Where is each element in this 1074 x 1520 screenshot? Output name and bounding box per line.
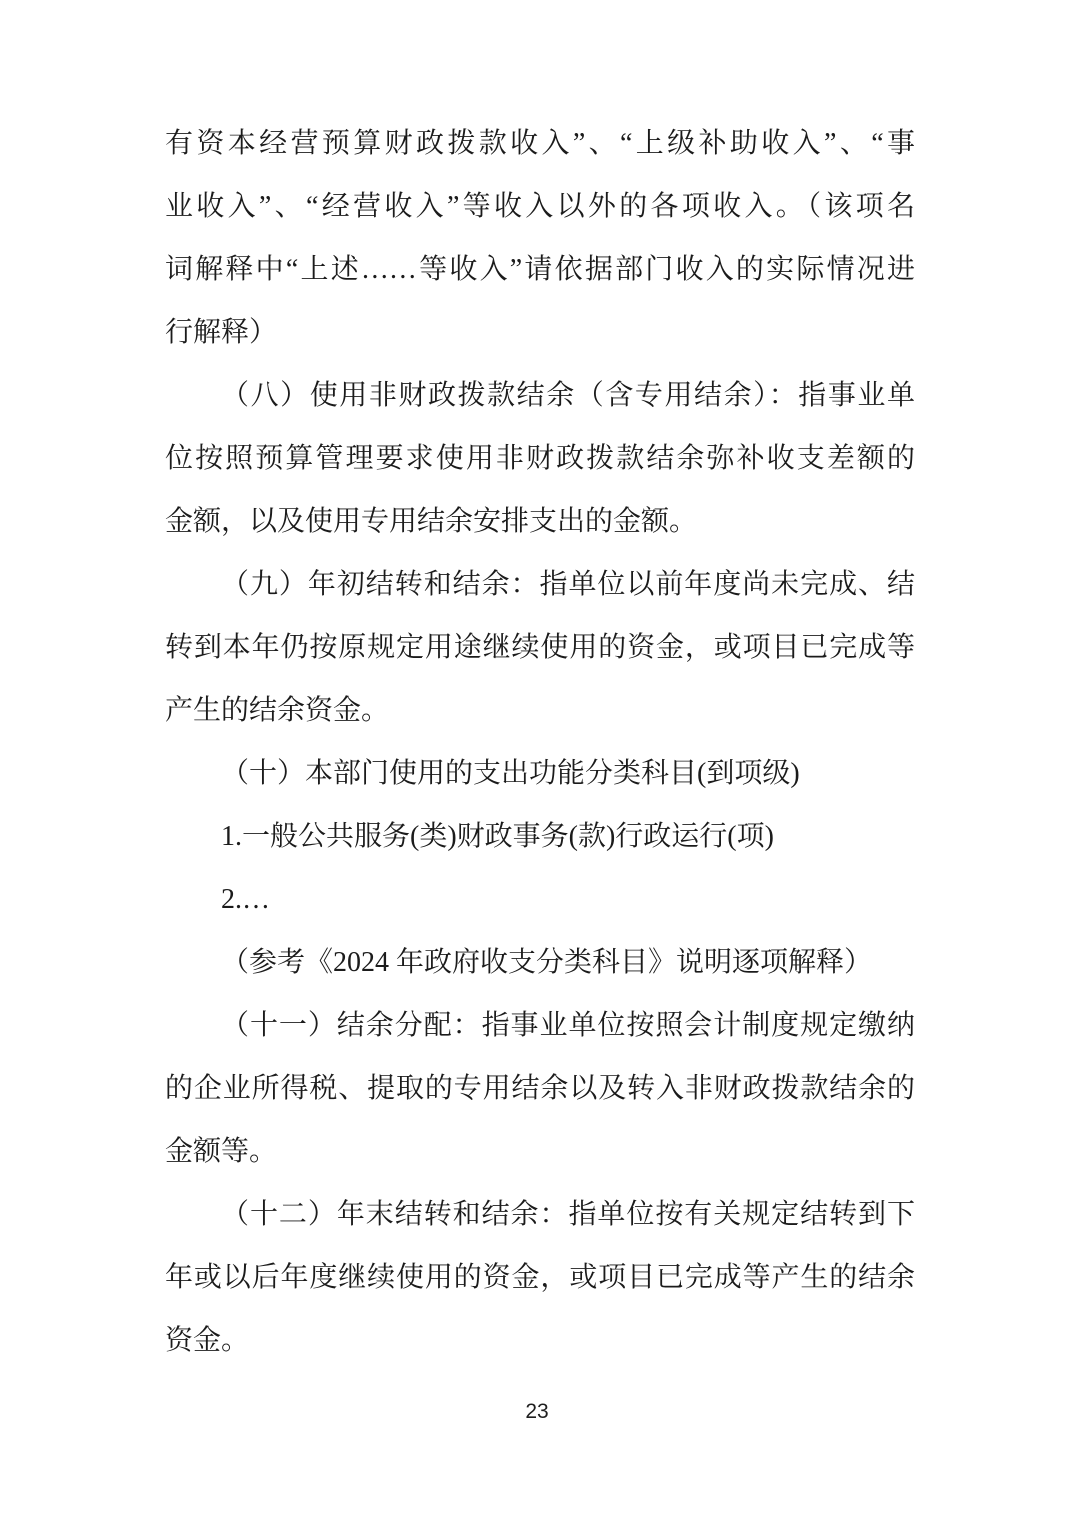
document-page: 有资本经营预算财政拨款收入”、“上级补助收入”、“事业收入”、“经营收入”等收入… xyxy=(0,0,1074,1520)
text-line: 的企业所得税、提取的专用结余以及转入非财政拨款结余的 xyxy=(165,1057,915,1120)
text-line: 业收入”、“经营收入”等收入以外的各项收入。（该项名 xyxy=(165,175,915,238)
text-line: 转到本年仍按原规定用途继续使用的资金，或项目已完成等 xyxy=(165,616,915,679)
text-line: （十）本部门使用的支出功能分类科目(到项级) xyxy=(165,742,915,805)
text-line: （十一）结余分配：指事业单位按照会计制度规定缴纳 xyxy=(165,994,915,1057)
text-line: 1.一般公共服务(类)财政事务(款)行政运行(项) xyxy=(165,805,915,868)
text-line: 金额等。 xyxy=(165,1120,915,1183)
page-footer: 23 xyxy=(0,1400,1074,1424)
text-line: 位按照预算管理要求使用非财政拨款结余弥补收支差额的 xyxy=(165,427,915,490)
text-line: （九）年初结转和结余：指单位以前年度尚未完成、结 xyxy=(165,553,915,616)
page-number: 23 xyxy=(525,1400,548,1423)
text-line: 产生的结余资金。 xyxy=(165,679,915,742)
document-body: 有资本经营预算财政拨款收入”、“上级补助收入”、“事业收入”、“经营收入”等收入… xyxy=(165,112,915,1372)
text-line: （八）使用非财政拨款结余（含专用结余）：指事业单 xyxy=(165,364,915,427)
text-line: 行解释） xyxy=(165,301,915,364)
text-line: 金额，以及使用专用结余安排支出的金额。 xyxy=(165,490,915,553)
text-line: 有资本经营预算财政拨款收入”、“上级补助收入”、“事 xyxy=(165,112,915,175)
text-line: 词解释中“上述……等收入”请依据部门收入的实际情况进 xyxy=(165,238,915,301)
text-line: 资金。 xyxy=(165,1309,915,1372)
text-line: 年或以后年度继续使用的资金，或项目已完成等产生的结余 xyxy=(165,1246,915,1309)
text-line: 2.… xyxy=(165,868,915,931)
text-line: （参考《2024 年政府收支分类科目》说明逐项解释） xyxy=(165,931,915,994)
text-line: （十二）年末结转和结余：指单位按有关规定结转到下 xyxy=(165,1183,915,1246)
